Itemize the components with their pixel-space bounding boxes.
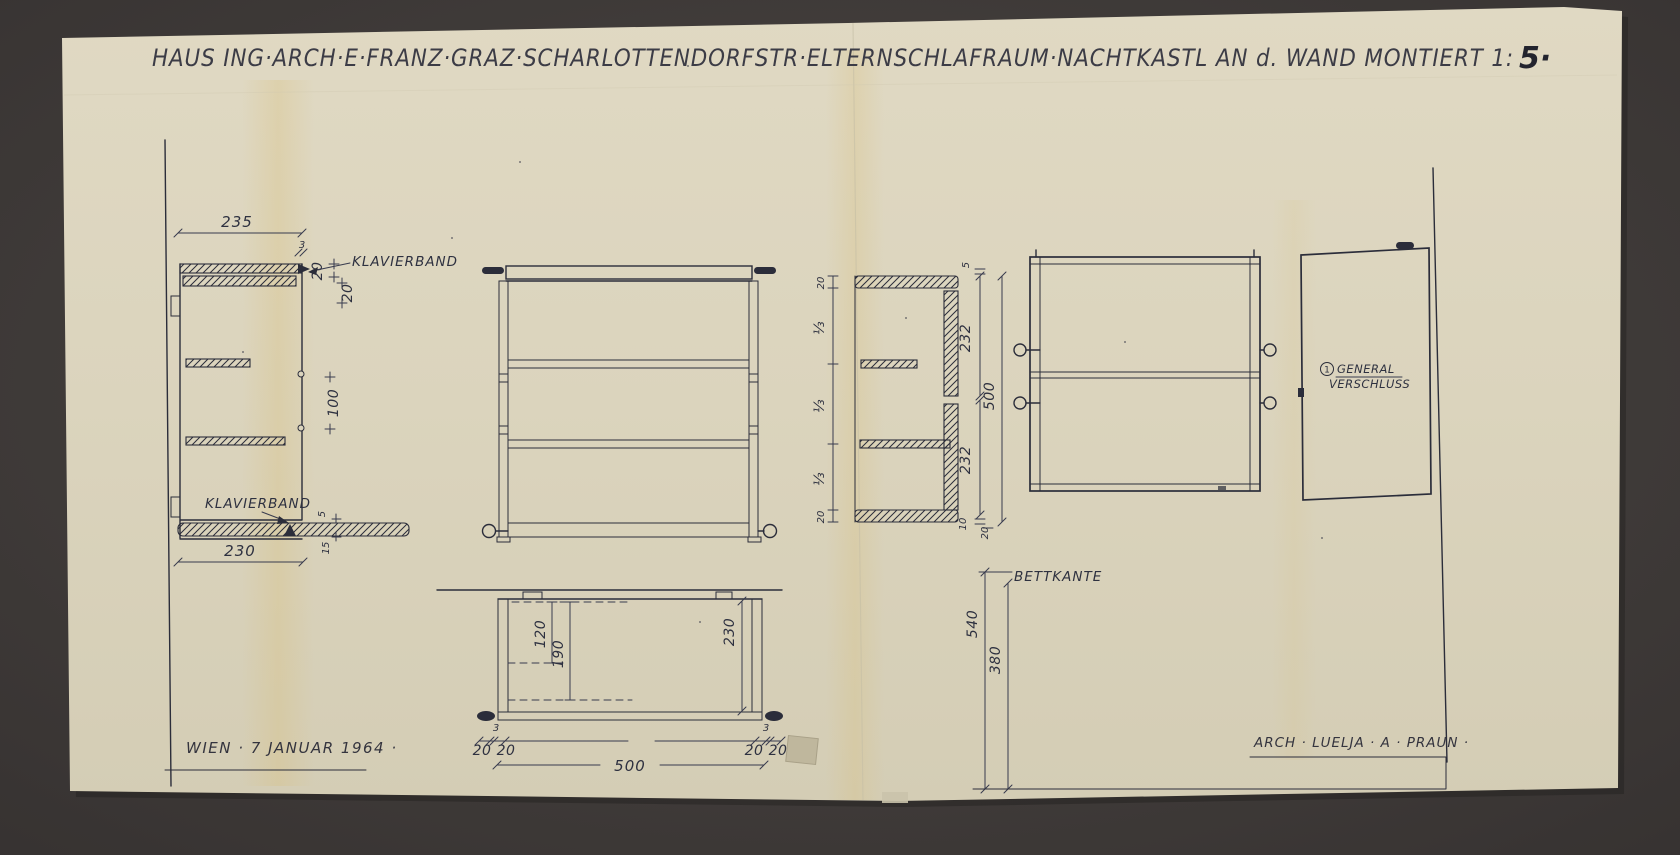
chain-dim-third-2: ⅓ [812, 399, 828, 413]
lock-label-2: VERSCHLUSS [1329, 377, 1410, 391]
top-panel-section-2 [183, 276, 296, 286]
side-dim-bottom-width: 230 [224, 542, 256, 560]
architect-note: ARCH · LUELJA · A · PRAUN · [1253, 735, 1469, 751]
tape-mark-edge [882, 792, 908, 803]
top-panel-section [180, 264, 302, 273]
section-dim-lower: 232 [958, 446, 974, 474]
section-side-lower [944, 404, 958, 510]
shelf-pin-hole [298, 371, 304, 377]
side-dim-flap-gap: 5 [317, 511, 328, 517]
chain-dim-third-1: ⅓ [812, 321, 828, 335]
lock-index: 1 [1324, 366, 1330, 376]
hinge-knuckle-left [477, 711, 495, 721]
hinge-pin-icon [1396, 242, 1414, 249]
section-dim-bottom-a: 10 [958, 518, 969, 531]
plan-dim-inner-a: 120 [533, 620, 549, 648]
bed-edge-label: BETTKANTE [1014, 569, 1102, 585]
section-shelf [861, 360, 917, 368]
side-dim-shelf-pitch: 100 [326, 389, 342, 417]
section-dim-top-gap: 5 [961, 262, 972, 268]
section-top-panel [855, 276, 958, 288]
sheet-scale: 5· [1519, 41, 1551, 76]
sheet-title: HAUS ING·ARCH·E·FRANZ·GRAZ·SCHARLOTTENDO… [152, 44, 1514, 72]
plan-dim-gap-left: 3 [493, 723, 499, 734]
tape-mark [786, 736, 819, 765]
date-note: WIEN · 7 JANUAR 1964 · [186, 739, 398, 757]
lock-label-1: GENERAL [1337, 362, 1395, 376]
plan-dim-gap-right: 3 [763, 723, 769, 734]
section-dim-upper: 232 [958, 324, 974, 352]
side-dim-top-width: 235 [221, 213, 253, 231]
section-shelf [860, 440, 950, 448]
chain-dim-top: 20 [816, 277, 827, 290]
plan-dim-inner-b: 190 [551, 640, 567, 668]
shelf-pin-hole [298, 425, 304, 431]
plan-dim-left-a: 20 [473, 743, 492, 759]
section-bottom-panel [855, 510, 958, 522]
hinge-pin-top-right [754, 267, 776, 274]
shelf-section [186, 437, 285, 445]
hinge-label-bottom: KLAVIERBAND [205, 496, 311, 512]
plan-dim-right-b: 20 [769, 743, 788, 759]
hinge-pin-top-left [482, 267, 504, 274]
plan-dim-width: 500 [614, 757, 646, 775]
plan-dim-left-b: 20 [497, 743, 516, 759]
ink-smudge [1218, 486, 1226, 490]
side-dim-top-gap: 3 [299, 240, 305, 251]
desk-background: HAUS ING·ARCH·E·FRANZ·GRAZ·SCHARLOTTENDO… [0, 0, 1680, 855]
chain-dim-bottom: 20 [816, 511, 827, 524]
section-dim-bottom-b: 20 [980, 527, 991, 540]
shelf-section [186, 359, 250, 367]
plan-dim-right-a: 20 [745, 743, 764, 759]
drawing-sheet: HAUS ING·ARCH·E·FRANZ·GRAZ·SCHARLOTTENDO… [0, 0, 1680, 855]
hinge-label-top: KLAVIERBAND [352, 254, 458, 270]
plan-dim-depth: 230 [722, 618, 738, 646]
lock-icon [1298, 388, 1304, 397]
chain-dim-third-3: ⅓ [812, 472, 828, 486]
height-dim-380: 380 [988, 646, 1004, 674]
section-dim-total: 500 [982, 382, 998, 410]
height-dim-540: 540 [965, 610, 981, 638]
title-block: HAUS ING·ARCH·E·FRANZ·GRAZ·SCHARLOTTENDO… [152, 41, 1551, 76]
hinge-knuckle-right [765, 711, 783, 721]
side-dim-flap-thickness: 15 [321, 542, 332, 555]
side-dim-thickness-b: 20 [340, 284, 356, 303]
section-side-upper [944, 291, 958, 396]
